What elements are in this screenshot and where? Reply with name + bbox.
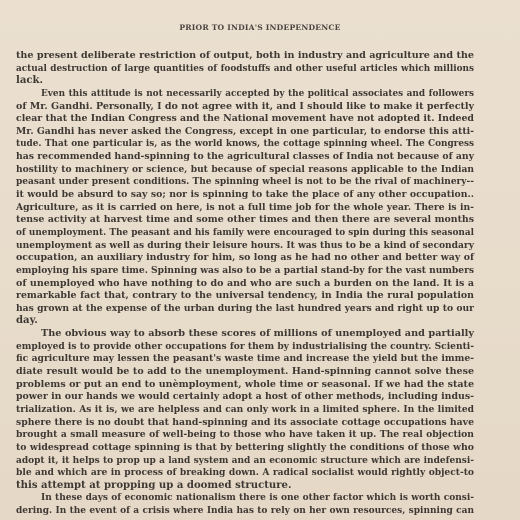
text-line: lack. (16, 75, 474, 88)
running-head: PRIOR TO INDIA'S INDEPENDENCE (0, 23, 520, 32)
text-line: of Mr. Gandhi. Personally, I do not agre… (16, 101, 474, 114)
text-line: actual destruction of large quantities o… (16, 63, 474, 76)
text-line: employing his spare time. Spinning was a… (16, 265, 474, 278)
text-line: diate result would be to add to the unem… (16, 366, 474, 379)
text-line: has grown at the expense of the urban du… (16, 303, 474, 316)
text-line: dering. In the event of a crisis where I… (16, 505, 474, 518)
text-line: unemployment as well as during their lei… (16, 240, 474, 253)
text-line: of unemployment. The peasant and his fam… (16, 227, 474, 240)
text-line: ble and which are in process of breaking… (16, 467, 474, 480)
text-line: day. (16, 315, 474, 328)
text-line: The obvious way to absorb these scores o… (16, 328, 474, 341)
text-line: fic agriculture may lessen the peasant's… (16, 353, 474, 366)
text-line: employed is to provide other occupations… (16, 341, 474, 354)
text-line: to widespread cottage spinning is that b… (16, 442, 474, 455)
text-line: sphere there is no doubt that hand-spinn… (16, 417, 474, 430)
text-line: problems or put an end to unèmployment, … (16, 379, 474, 392)
text-line: Even this attitude is not necessarily ac… (16, 88, 474, 101)
text-line: has recommended hand-spinning to the agr… (16, 151, 474, 164)
text-line: Mr. Gandhi has never asked the Congress,… (16, 126, 474, 139)
text-line: clear that the Indian Congress and the N… (16, 113, 474, 126)
text-line: of unemployed who have nothing to do and… (16, 278, 474, 291)
text-line: brought a small measure of well-being to… (16, 429, 474, 442)
text-line: this attempt at propping up a doomed str… (16, 480, 474, 493)
text-line: remarkable fact that, contrary to the un… (16, 290, 474, 303)
text-line: tude. That one particular is, as the wor… (16, 138, 474, 151)
text-line: occupation, an auxiliary industry for hi… (16, 252, 474, 265)
text-line: tense activity at harvest time and some … (16, 214, 474, 227)
text-line: power in our hands we would certainly ad… (16, 391, 474, 404)
text-line: the present deliberate restriction of ou… (16, 50, 474, 63)
text-line: hostility to machinery or science, but b… (16, 164, 474, 177)
text-line: peasant under present conditions. The sp… (16, 176, 474, 189)
body-text: the present deliberate restriction of ou… (16, 50, 474, 518)
text-line: In these days of economic nationalism th… (16, 492, 474, 505)
text-line: it would be absurd to say so; nor is spi… (16, 189, 474, 202)
book-page: PRIOR TO INDIA'S INDEPENDENCE the presen… (0, 0, 520, 520)
text-line: adopt it, it helps to prop up a land sys… (16, 455, 474, 468)
text-line: trialization. As it is, we are helpless … (16, 404, 474, 417)
text-line: Agriculture, as it is carried on here, i… (16, 202, 474, 215)
